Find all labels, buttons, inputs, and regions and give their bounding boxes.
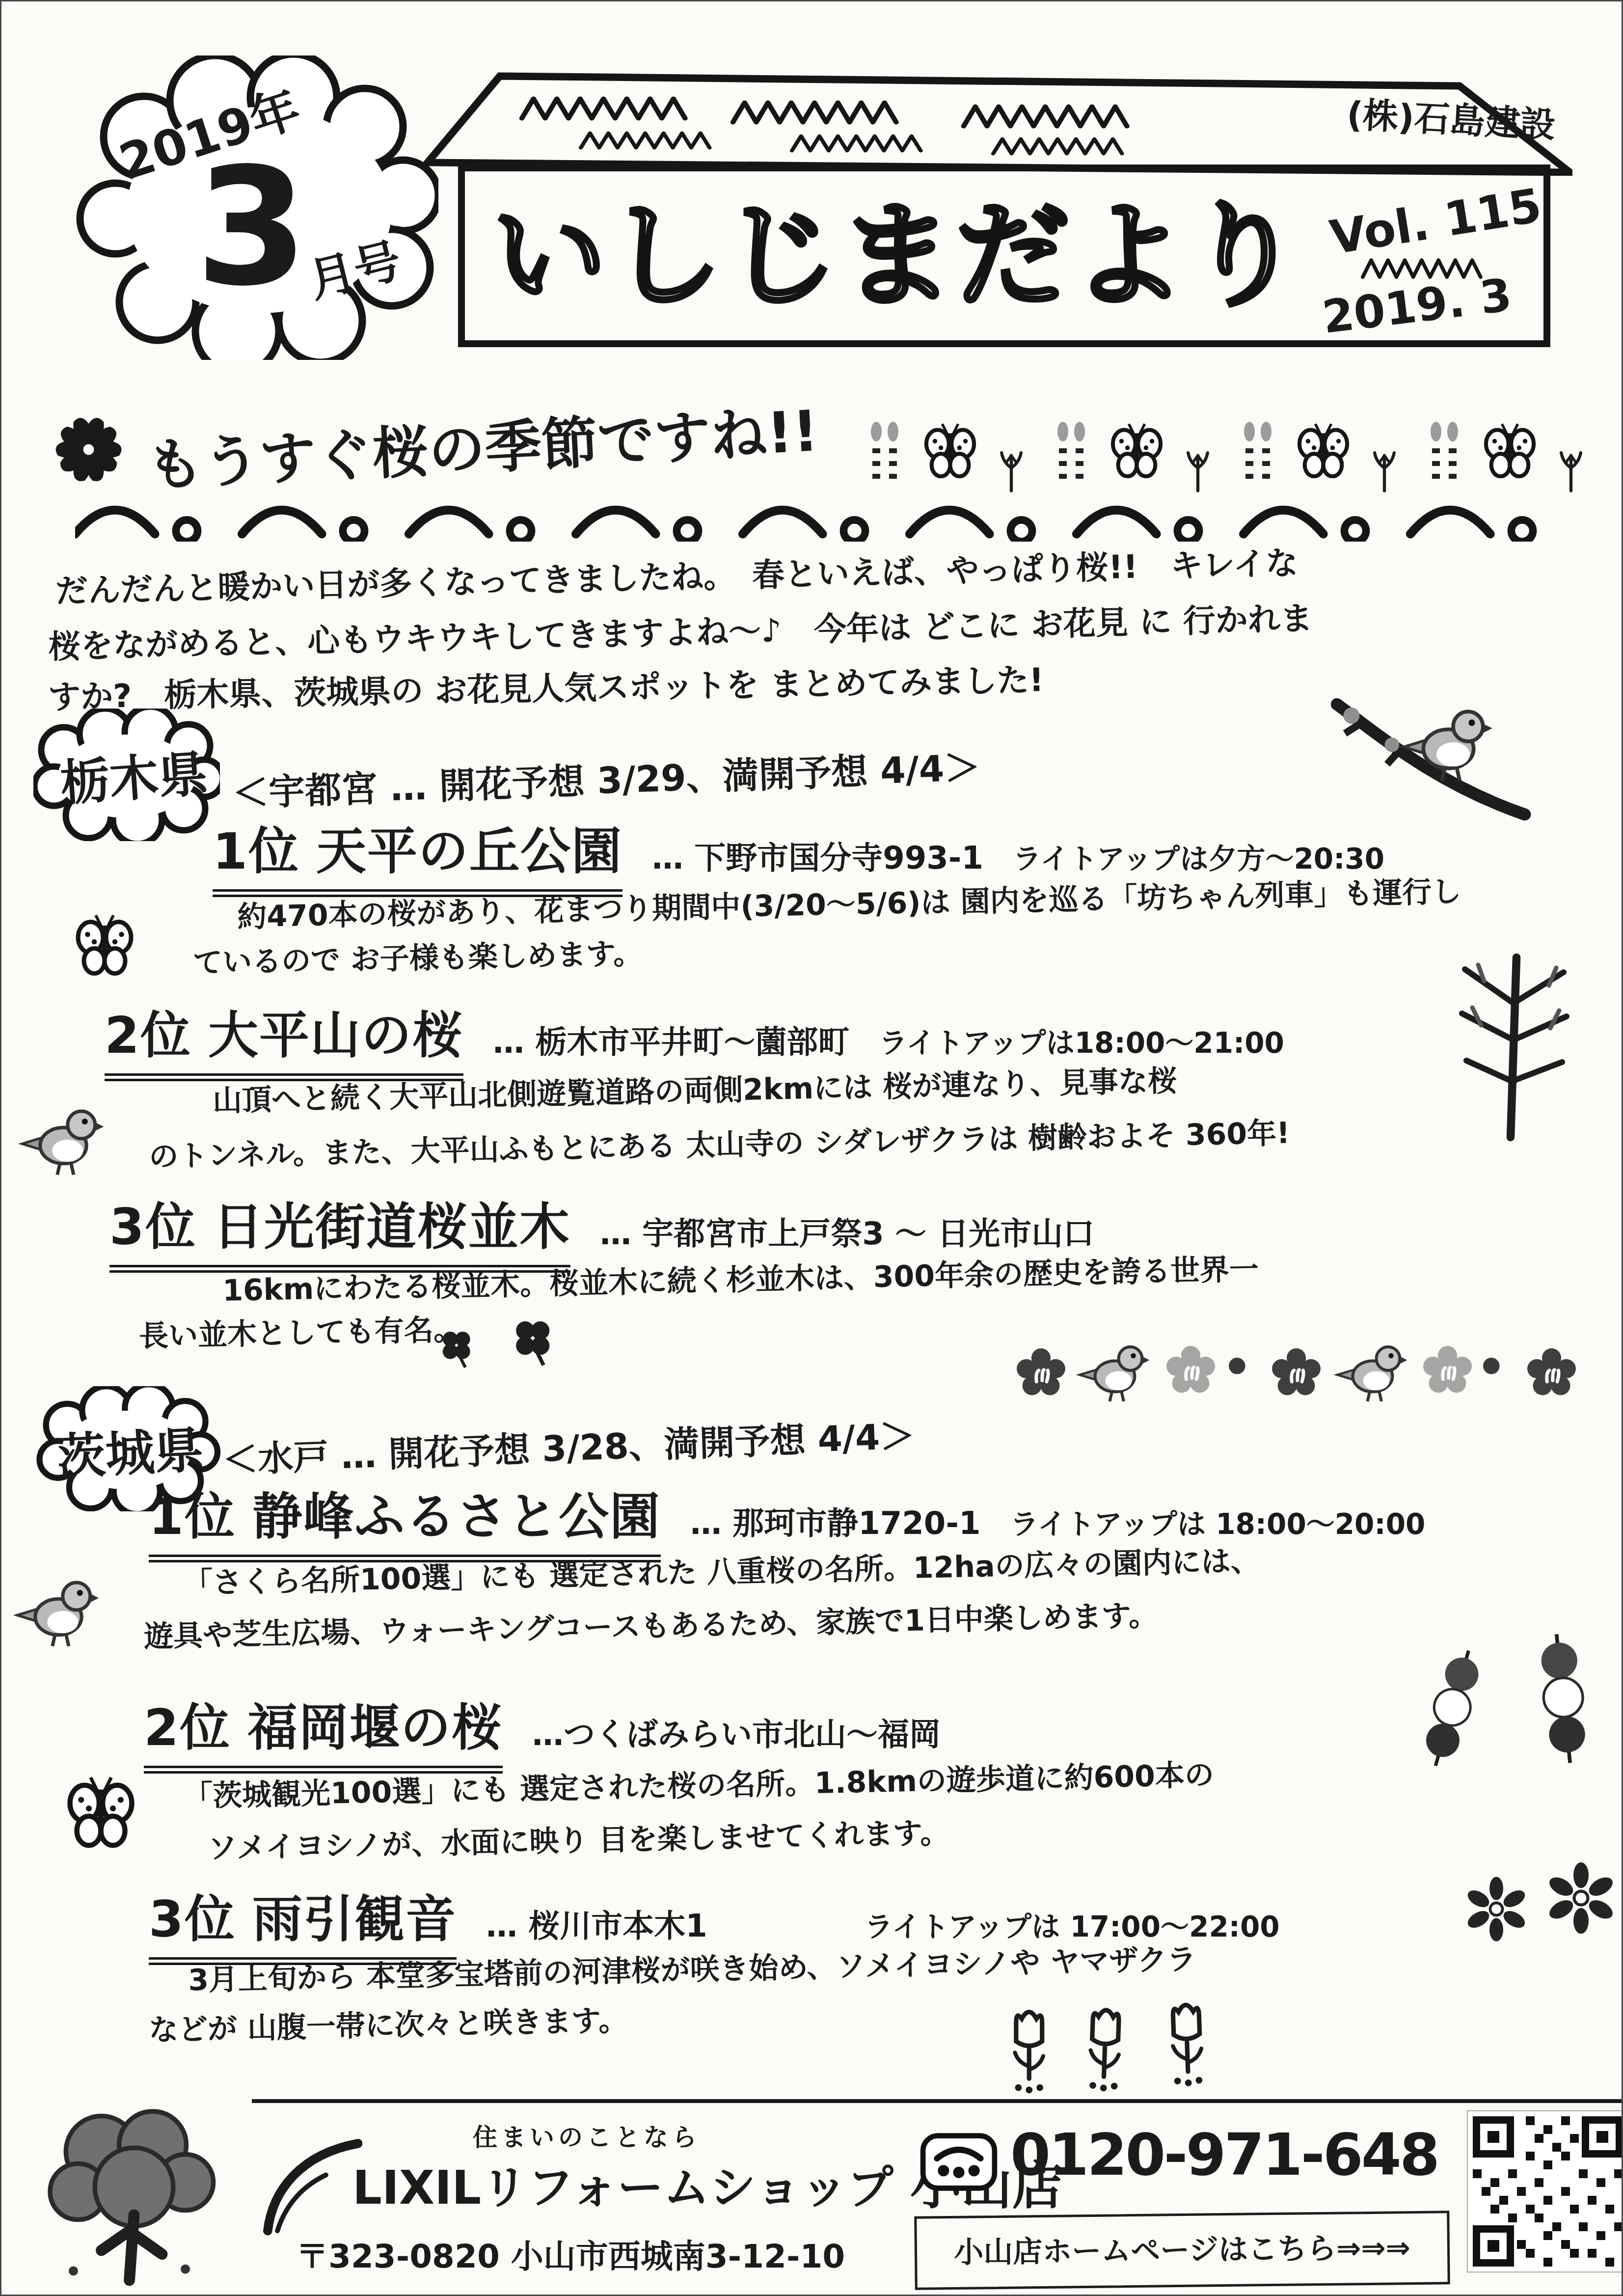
spot-address: … 栃木市平井町～薗部町 [493,1017,849,1062]
intro-line: だんだんと暖かい日が多くなってきましたね。 春といえば、やっぱり桜!! キレイな [55,545,1298,610]
homepage-box: 小山店ホームページはこちら⇒⇒⇒ [914,2211,1450,2290]
shop-name: LIXILリフォームショップ [352,2162,893,2215]
spot-rank: 3位 [109,1198,196,1257]
spot-rank-title: 2位福岡堰の桜 [144,1688,503,1774]
spot-desc: などが 山腹一帯に次々と咲きます。 [148,2004,628,2048]
newsletter-title: いしじまだより [492,191,1303,322]
spot-address: … 桜川市本木1 [486,1901,707,1946]
footer-divider [252,2099,1623,2103]
tree-icon [36,2103,232,2290]
section-name-tochigi: 栃木県 [58,745,209,812]
spot-desc: ているので お子様も楽しめます。 [192,937,643,980]
spot-desc: ソメイヨシノが、水面に映り 目を楽しませてくれます。 [207,1816,949,1866]
spot-rank-title: 1位静峰ふるさと公園 [149,1477,661,1562]
spot-address: … 下野市国分寺993-1 [652,833,983,878]
sakura-icon [51,411,127,488]
spot-rank: 3位 [149,1890,236,1949]
spot-rank-title: 1位天平の丘公園 [213,812,622,897]
butterfly-icon [58,1774,144,1860]
spot-lightup: ライトアップは夕方～20:30 [1013,836,1384,877]
bird-icon [14,1565,100,1651]
spot-rank: 1位 [213,822,299,881]
issue-month-number: 3 [195,146,308,308]
bird-icon [19,1094,105,1180]
spot-desc: 長い並木としても有名。 [138,1313,463,1354]
pine-branch-icon [1440,952,1587,1143]
butterfly-border-icon [861,419,1597,505]
spot-rank: 2位 [144,1699,231,1757]
spot-rank-title: 2位大平山の桜 [105,996,463,1081]
spot-rank-title: 3位雨引観音 [149,1880,457,1965]
spot-desc: のトンネル。また、大平山ふもとにある 太山寺の シダレザクラは 樹齢およそ 36… [149,1117,1291,1175]
spot-title: 静峰ふるさと公園 [252,1488,661,1546]
spot-rank-title: 3位日光街道桜並木 [109,1187,570,1273]
spot-title: 大平山の桜 [208,1007,463,1065]
spot-lightup: ライトアップは18:00～21:00 [879,1020,1284,1061]
intro-line: すか? 栃木県、茨城県の お花見人気スポットを まとめてみました! [48,661,1044,716]
footer-tagline: 住まいのことなら [473,2124,701,2152]
plum-bird-border-icon [1013,1327,1623,1408]
pinwheel-flower-icon [1462,1855,1623,1948]
newsletter-page: 2019年 3 月号 (株)石島建設 いしじまだより Vol. 115 2019… [0,0,1623,2296]
qr-code-icon [1467,2110,1623,2272]
butterfly-icon [68,912,141,986]
greeting-heading: もうすぐ桜の季節ですね!! [145,399,820,499]
spot-title: 雨引観音 [252,1890,457,1949]
section-name-ibaraki: 茨城県 [55,1421,205,1486]
spot-rank: 1位 [149,1488,236,1546]
spot-title: 福岡堰の桜 [247,1699,503,1757]
forecast-tochigi: ＜宇都宮 … 開花予想 3/29、満開予想 4/4＞ [232,747,981,815]
freedial-phone-icon [920,2123,998,2201]
postal-address: 〒323-0820 小山市西城南3-12-10 [296,2238,845,2275]
tulip-icon [998,1993,1229,2098]
spot-lightup: ライトアップは 18:00～20:00 [1010,1501,1425,1542]
forecast-ibaraki: ＜水戸 … 開花予想 3/28、満開予想 4/4＞ [222,1416,916,1480]
homepage-note: 小山店ホームページはこちら⇒⇒⇒ [954,2231,1410,2270]
spot-title: 日光街道桜並木 [213,1198,570,1257]
spot-address: … 那珂市静1720-1 [690,1498,981,1543]
spot-address: … 宇都宮市上戸祭3 ～ 日光市山口 [600,1208,1094,1254]
dango-icon [1406,1627,1617,1833]
spot-lightup: ライトアップは 17:00～22:00 [865,1904,1280,1945]
spot-address: …つくばみらい市北山～福岡 [532,1709,941,1754]
phone-number: 0120-971-648 [1010,2122,1438,2188]
spot-row: 2位福岡堰の桜 …つくばみらい市北山～福岡 [144,1688,941,1774]
spot-rank: 2位 [105,1007,191,1065]
intro-line: 桜をながめると、心もウキウキしてきますよね～♪ 今年は どこに お花見 に 行か… [48,600,1313,666]
spot-desc: 遊具や芝生広場、ウォーキングコースもあるため、家族で1日中楽しめます。 [144,1599,1159,1654]
wave-divider-icon [75,495,1582,542]
spot-title: 天平の丘公園 [316,822,622,881]
clover-icon [433,1310,581,1379]
lixil-swoosh-icon [259,2115,362,2258]
